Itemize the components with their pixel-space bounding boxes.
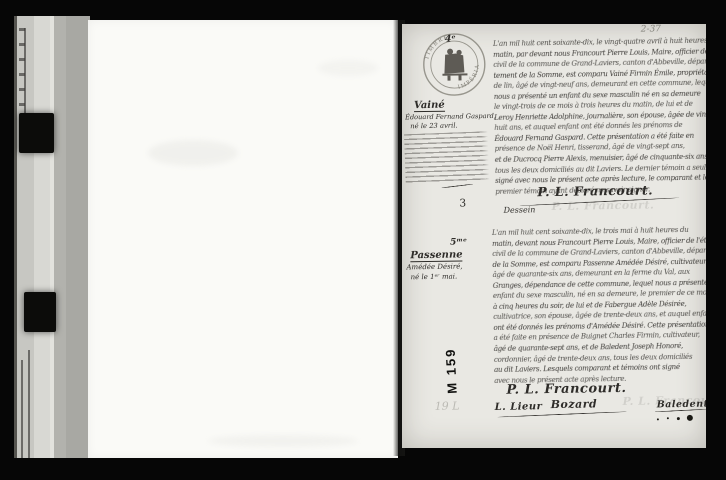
binding-clip [19,113,54,153]
margin-name: Vainé [414,100,445,112]
margin-line: né le 1ᵉʳ mai. [411,273,458,282]
archive-number-stamp: M 159 [442,333,465,394]
record-body: L'an mil huit cent soixante-dix, le ving… [493,36,703,197]
ink-dot [667,417,669,419]
margin-name: Passenne [410,249,462,262]
page-edge-line [21,360,23,458]
page-edge-line [28,350,30,458]
ink-dot [687,415,693,421]
witness-signature: L. Lieur [495,401,543,413]
interline-note: Dessein [504,205,536,214]
record-number: 4ᵉ [445,34,456,45]
marginal-mention-block [404,131,490,184]
record-number: 5ᵐᵉ [450,237,467,247]
margin-line: Amédée Désiré, [406,262,462,271]
margin-line: né le 23 avril. [410,122,458,131]
margin-line: Édouard Fernand Gaspard, [405,112,496,121]
blank-page [88,20,398,458]
page-smudge [208,435,358,447]
bleedthrough-signature: P. L. Francourt. [551,198,654,213]
page-smudge [148,140,238,166]
officer-signature: P. L. Francourt. [506,381,626,398]
page-smudge [318,60,378,76]
witness-signature: Bozard [551,397,598,411]
binding-clip [24,292,56,332]
microfilm-scan: 2-37 TIMBRE IMPÉRIAL [0,0,726,480]
folio-number: 3 [459,197,466,209]
register-page: 2-37 TIMBRE IMPÉRIAL [402,24,706,448]
pencil-annotation: 19 L [435,400,460,413]
ink-dot [657,418,659,420]
stamp-figure [442,48,467,80]
record-body: L'an mil huit cent soixante-dix, le troi… [492,225,706,387]
ink-dot [677,417,680,420]
officer-signature: P. L. Francourt. [537,182,653,199]
margin-paraph [441,184,473,189]
corner-pencil-note: 2-37 [641,24,661,34]
